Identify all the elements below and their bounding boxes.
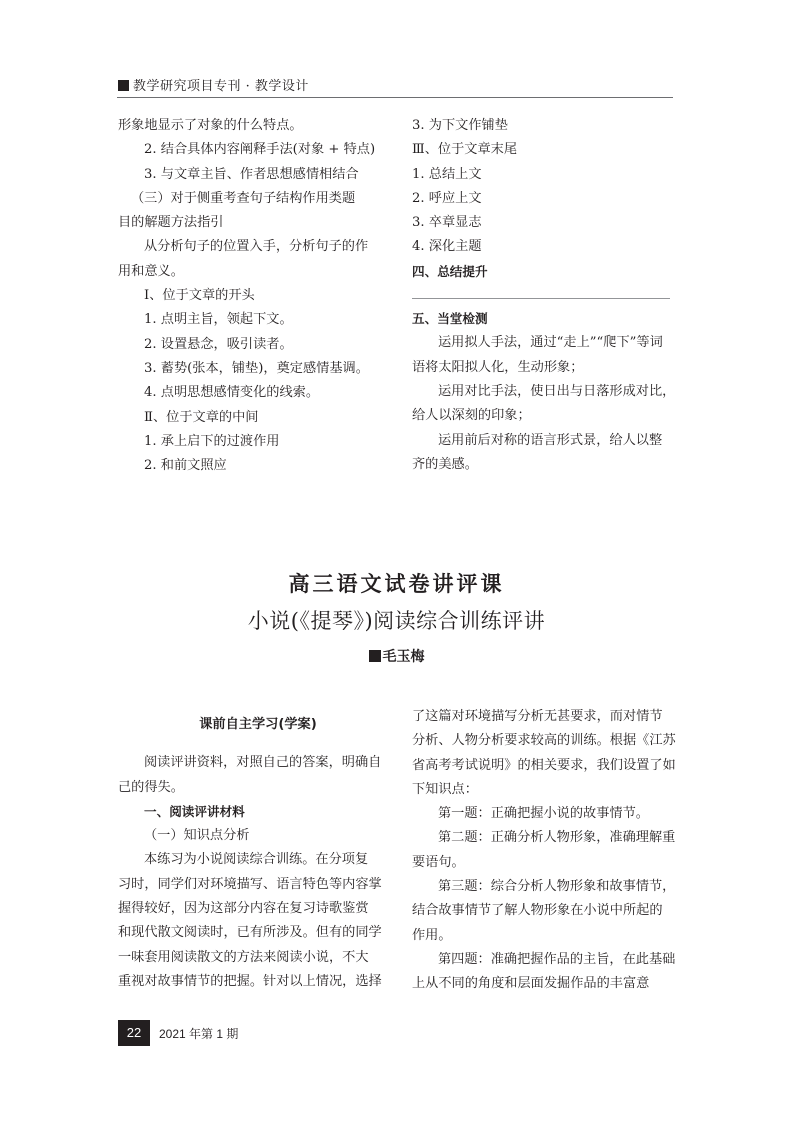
list-item: 4. 点明思想感情变化的线索。 <box>118 381 390 405</box>
square-bullet-icon <box>369 650 381 662</box>
paragraph: 阅读评讲资料，对照自己的答案，明确自 <box>118 751 390 775</box>
section-heading: 四、总结提升 <box>412 260 674 284</box>
paragraph: 第三题：综合分析人物形象和故事情节， <box>412 875 674 899</box>
header-rule <box>117 97 673 98</box>
text-line: 一味套用阅读散文的方法来阅读小说，不大 <box>118 946 390 970</box>
text-line: 形象地显示了对象的什么特点。 <box>118 114 390 138</box>
article-title: 小说(《提琴》)阅读综合训练评讲 <box>0 605 793 635</box>
text-line: 重视对故事情节的把握。针对以上情况，选择 <box>118 970 390 994</box>
list-item: 2. 呼应上文 <box>412 187 674 211</box>
text-line: 己的得失。 <box>118 776 390 800</box>
subsection-title: 课前自主学习(学案) <box>118 713 390 737</box>
top-left-column: 形象地显示了对象的什么特点。 2. 结合具体内容阐释手法(对象 + 特点) 3.… <box>118 114 390 478</box>
page-footer: 222021 年第 1 期 <box>118 1020 238 1046</box>
section-divider <box>412 298 670 299</box>
paragraph: 运用前后对称的语言形式景，给人以整 <box>412 429 674 453</box>
text-line: 要语句。 <box>412 851 674 875</box>
text-line: 省高考考试说明》的相关要求，我们设置了如 <box>412 754 674 778</box>
subsection-heading: Ⅰ、位于文章的开头 <box>118 284 390 308</box>
list-item: 4. 深化主题 <box>412 235 674 259</box>
list-item: 3. 为下文作铺垫 <box>412 114 674 138</box>
running-head-text: 教学研究项目专刊 · 教学设计 <box>133 79 309 94</box>
section-heading: 五、当堂检测 <box>412 307 674 331</box>
list-item: 1. 点明主旨，领起下文。 <box>118 308 390 332</box>
text-line: 习时，同学们对环境描写、语言特色等内容掌 <box>118 873 390 897</box>
bottom-left-column: 课前自主学习(学案) 阅读评讲资料，对照自己的答案，明确自 己的得失。 一、阅读… <box>118 713 390 994</box>
issue-label: 2021 年第 1 期 <box>159 1025 238 1042</box>
subsection-heading: Ⅲ、位于文章末尾 <box>412 138 674 162</box>
paragraph: 第二题：正确分析人物形象，准确理解重 <box>412 826 674 850</box>
text-line: 和现代散文阅读时，已有所涉及。但有的同学 <box>118 921 390 945</box>
text-line: 上从不同的角度和层面发掘作品的丰富意 <box>412 972 674 996</box>
paragraph: 运用拟人手法，通过“走上”“爬下”等词 <box>412 331 674 355</box>
author-byline: 毛玉梅 <box>0 646 793 666</box>
paragraph: 从分析句子的位置入手，分析句子的作 <box>118 235 390 259</box>
list-item: 2. 和前文照应 <box>118 454 390 478</box>
text-line: 分析、人物分析要求较高的训练。根据《江苏 <box>412 729 674 753</box>
paragraph: 本练习为小说阅读综合训练。在分项复 <box>118 848 390 872</box>
author-name: 毛玉梅 <box>383 649 425 665</box>
text-line: 用和意义。 <box>118 260 390 284</box>
list-item: 3. 蓄势(张本，铺垫)，奠定感情基调。 <box>118 357 390 381</box>
page-number: 22 <box>118 1020 150 1046</box>
paragraph: 运用对比手法，使日出与日落形成对比， <box>412 380 674 404</box>
top-right-column: 3. 为下文作铺垫 Ⅲ、位于文章末尾 1. 总结上文 2. 呼应上文 3. 卒章… <box>412 114 674 477</box>
text-line: 目的解题方法指引 <box>118 211 390 235</box>
list-item: 2. 设置悬念，吸引读者。 <box>118 333 390 357</box>
running-head: 教学研究项目专刊 · 教学设计 <box>118 75 309 94</box>
bottom-right-column: 了这篇对环境描写分析无甚要求，而对情节 分析、人物分析要求较高的训练。根据《江苏… <box>412 705 674 997</box>
list-item: 1. 承上启下的过渡作用 <box>118 430 390 454</box>
text-line: 作用。 <box>412 924 674 948</box>
text-line: 结合故事情节了解人物形象在小说中所起的 <box>412 899 674 923</box>
list-item: 3. 卒章显志 <box>412 211 674 235</box>
section-heading: 一、阅读评讲材料 <box>118 800 390 824</box>
paragraph: 第一题：正确把握小说的故事情节。 <box>412 802 674 826</box>
list-item: 2. 结合具体内容阐释手法(对象 + 特点) <box>118 138 390 162</box>
square-bullet-icon <box>118 80 129 91</box>
text-line: 给人以深刻的印象； <box>412 404 674 428</box>
subsection-heading: Ⅱ、位于文章的中间 <box>118 406 390 430</box>
list-item: 1. 总结上文 <box>412 163 674 187</box>
text-line: 语将太阳拟人化，生动形象； <box>412 356 674 380</box>
text-line: 了这篇对环境描写分析无甚要求，而对情节 <box>412 705 674 729</box>
text-line: 握得较好，因为这部分内容在复习诗歌鉴赏 <box>118 897 390 921</box>
section-heading: （三）对于侧重考查句子结构作用类题 <box>118 187 390 211</box>
subsection-heading: （一）知识点分析 <box>118 824 390 848</box>
list-item: 3. 与文章主旨、作者思想感情相结合 <box>118 163 390 187</box>
text-line: 下知识点： <box>412 778 674 802</box>
paragraph: 第四题：准确把握作品的主旨，在此基础 <box>412 948 674 972</box>
column-title: 高三语文试卷讲评课 <box>0 568 793 598</box>
text-line: 齐的美感。 <box>412 453 674 477</box>
